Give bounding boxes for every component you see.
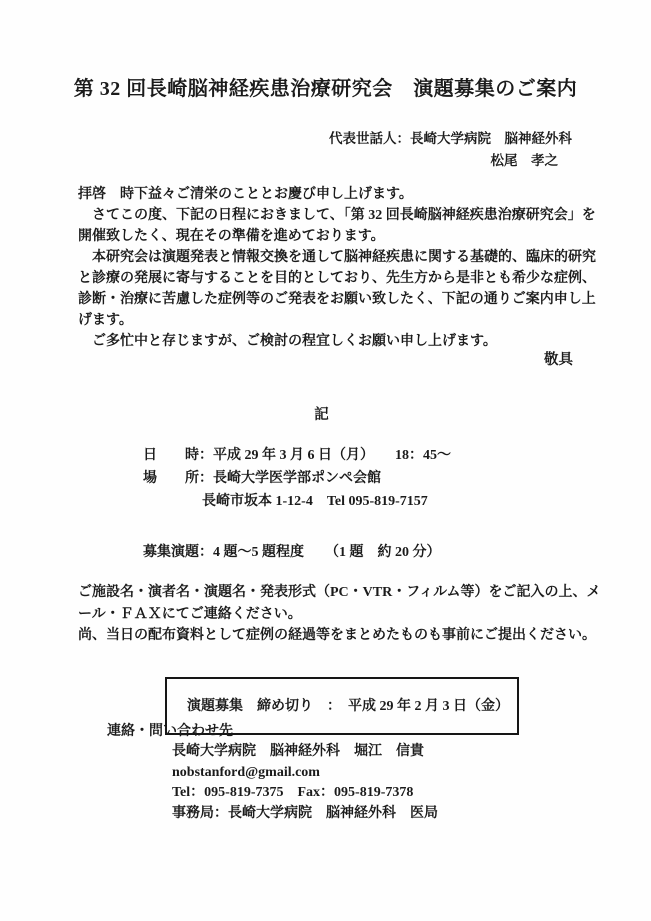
event-datetime: 日 時：平成 29 年 3 月 6 日（月） 18：45～ bbox=[143, 444, 451, 467]
greeting-line: 本研究会は演題発表と情報交換を通して脳神経疾患に関する基礎的、臨床的研究 bbox=[78, 247, 598, 268]
instruction-line: 尚、当日の配布資料として症例の経過等をまとめたものも事前にご提出ください。 bbox=[78, 625, 598, 647]
greeting-line: 拝啓 時下益々ご清栄のこととお慶び申し上げます。 bbox=[78, 184, 598, 205]
greeting-line: ご多忙中と存じますが、ご検討の程宜しくお願い申し上げます。 bbox=[78, 331, 598, 352]
sender-organizer: 代表世話人：長崎大学病院 脳神経外科 bbox=[329, 128, 572, 150]
greeting-line: さてこの度、下記の日程におきまして、「第 32 回長崎脳神経疾患治療研究会」を bbox=[78, 205, 598, 226]
deadline-text: 演題募集 締め切り ： 平成 29 年 2 月 3 日（金） bbox=[187, 699, 509, 714]
sender-name: 松尾 孝之 bbox=[329, 150, 572, 172]
event-venue: 場 所：長崎大学医学部ポンペ会館 bbox=[143, 467, 451, 490]
record-heading: 記 bbox=[0, 403, 643, 424]
contact-person: 長崎大学病院 脳神経外科 堀江 信貴 bbox=[172, 742, 438, 763]
contact-email: nobstanford@gmail.com bbox=[172, 763, 438, 784]
closing-word: 敬具 bbox=[544, 348, 573, 369]
submission-instructions: ご施設名・演者名・演題名・発表形式（PC・VTR・フィルム等）をご記入の上、メ … bbox=[78, 582, 598, 647]
contact-heading: 連絡・問い合わせ先 bbox=[107, 720, 233, 740]
document-page: 第 32 回長崎脳神経疾患治療研究会 演題募集のご案内 代表世話人：長崎大学病院… bbox=[0, 0, 651, 921]
greeting-paragraphs: 拝啓 時下益々ご清栄のこととお慶び申し上げます。 さてこの度、下記の日程におきま… bbox=[78, 184, 598, 352]
sender-block: 代表世話人：長崎大学病院 脳神経外科 松尾 孝之 bbox=[329, 128, 572, 172]
event-details: 日 時：平成 29 年 3 月 6 日（月） 18：45～ 場 所：長崎大学医学… bbox=[143, 444, 451, 513]
greeting-line: げます。 bbox=[78, 310, 598, 331]
greeting-line: と診療の発展に寄与することを目的としており、先生方から是非とも希少な症例、 bbox=[78, 268, 598, 289]
document-title: 第 32 回長崎脳神経疾患治療研究会 演題募集のご案内 bbox=[0, 72, 651, 101]
contact-block: 長崎大学病院 脳神経外科 堀江 信貴 nobstanford@gmail.com… bbox=[172, 742, 438, 824]
contact-office: 事務局：長崎大学病院 脳神経外科 医局 bbox=[172, 804, 438, 825]
greeting-line: 診断・治療に苦慮した症例等のご発表をお願い致したく、下記の通りご案内申し上 bbox=[78, 289, 598, 310]
contact-phone: Tel：095-819-7375 Fax：095-819-7378 bbox=[172, 783, 438, 804]
presentation-count: 募集演題：4 題～5 題程度 （1 題 約 20 分） bbox=[143, 541, 441, 561]
instruction-line: ご施設名・演者名・演題名・発表形式（PC・VTR・フィルム等）をご記入の上、メ bbox=[78, 582, 598, 604]
greeting-line: 開催致したく、現在その準備を進めております。 bbox=[78, 226, 598, 247]
event-address: 長崎市坂本 1-12-4 Tel 095-819-7157 bbox=[202, 490, 451, 513]
instruction-line: ール・ＦＡＸにてご連絡ください。 bbox=[78, 604, 598, 626]
